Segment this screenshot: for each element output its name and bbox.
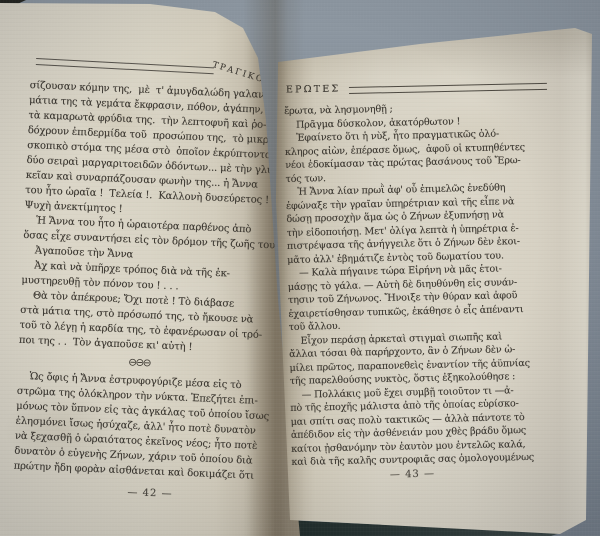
left-text-lower: Ὡς ὄφις ἡ Ἄννα ἐστρυφογύριζε μέσα εἰς τὸ… xyxy=(13,369,259,484)
right-header-rule xyxy=(349,83,547,94)
left-running-head: ΤΡΑΓΙΚΟΙ xyxy=(211,60,271,87)
right-text-block: ἔρωτα, νὰ λησμονηθῇ ; Πρᾶγμα δύσκολον, ἀ… xyxy=(284,99,560,469)
left-header-rule xyxy=(36,58,214,74)
right-running-head: ΕΡΩΤΕΣ xyxy=(286,84,341,96)
right-page-text: ἔρωτα, νὰ λησμονηθῇ ; Πρᾶγμα δύσκολον, ἀ… xyxy=(284,99,560,469)
left-text-upper: σίζουσαν κόμην της, μὲ τ' ἀμυγδαλώδη γαλ… xyxy=(19,78,272,358)
left-page-number: — 42 — xyxy=(0,483,300,504)
book-photo-scene: ΤΡΑΓΙΚΟΙ σίζουσαν κόμην της, μὲ τ' ἀμυγδ… xyxy=(0,0,600,536)
right-page-number: — 43 — xyxy=(300,466,525,483)
left-page-text: σίζουσαν κόμην της, μὲ τ' ἀμυγδαλώδη γαλ… xyxy=(13,78,271,484)
